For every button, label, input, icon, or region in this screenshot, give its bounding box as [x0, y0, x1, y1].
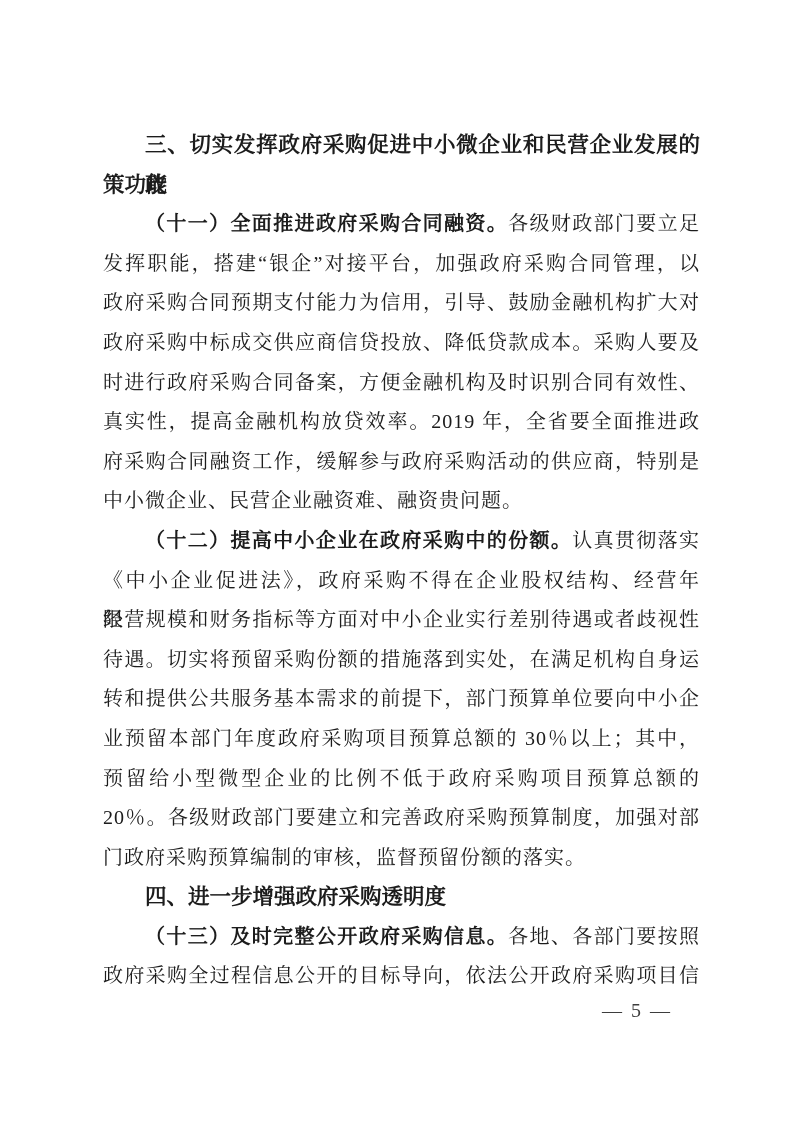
text-line: 20％。各级财政部门要建立和完善政府采购预算制度，加强对部 — [103, 799, 700, 839]
text-line: 经营规模和财务指标等方面对中小企业实行差别待遇或者歧视性 — [103, 601, 700, 641]
text-line: 预留给小型微型企业的比例不低于政府采购项目预算总额的 — [103, 760, 700, 800]
text-line: 转和提供公共服务基本需求的前提下，部门预算单位要向中小企 — [103, 680, 700, 720]
text-line: 发挥职能，搭建“银企”对接平台，加强政府采购合同管理，以 — [103, 245, 700, 285]
text-line: 业预留本部门年度政府采购项目预算总额的 30％以上；其中， — [103, 720, 700, 760]
paragraph-11-text: 各级财政部门要立足 — [508, 213, 700, 235]
page-number: — 5 — — [602, 1000, 672, 1023]
text-line: 《中小企业促进法》，政府采购不得在企业股权结构、经营年限、 — [103, 562, 700, 602]
paragraph-11-line1: （十一）全面推进政府采购合同融资。各级财政部门要立足 — [103, 205, 700, 245]
section-heading-3-line2: 策功能 — [103, 166, 700, 206]
paragraph-13-line1: （十三）及时完整公开政府采购信息。各地、各部门要按照 — [103, 918, 700, 958]
text-line: 真实性，提高金融机构放贷效率。2019 年，全省要全面推进政 — [103, 403, 700, 443]
document-page: 三、切实发挥政府采购促进中小微企业和民营企业发展的政 策功能 （十一）全面推进政… — [0, 0, 793, 1122]
text-line: 待遇。切实将预留采购份额的措施落到实处，在满足机构自身运 — [103, 641, 700, 681]
text-line: 时进行政府采购合同备案，方便金融机构及时识别合同有效性、 — [103, 364, 700, 404]
text-line: 府采购合同融资工作，缓解参与政府采购活动的供应商，特别是 — [103, 443, 700, 483]
paragraph-12-line1: （十二）提高中小企业在政府采购中的份额。认真贯彻落实 — [103, 522, 700, 562]
text-line: 中小微企业、民营企业融资难、融资贵问题。 — [103, 482, 700, 522]
paragraph-12-lead: （十二）提高中小企业在政府采购中的份额。 — [145, 530, 572, 552]
text-line: 门政府采购预算编制的审核，监督预留份额的落实。 — [103, 839, 700, 879]
paragraph-12-text: 认真贯彻落实 — [572, 530, 700, 552]
document-body: 三、切实发挥政府采购促进中小微企业和民营企业发展的政 策功能 （十一）全面推进政… — [103, 126, 700, 997]
text-line: 政府采购全过程信息公开的目标导向，依法公开政府采购项目信 — [103, 957, 700, 997]
text-line: 政府采购合同预期支付能力为信用，引导、鼓励金融机构扩大对 — [103, 284, 700, 324]
paragraph-11-lead: （十一）全面推进政府采购合同融资。 — [145, 213, 508, 235]
paragraph-13-text: 各地、各部门要按照 — [508, 926, 700, 948]
text-line: 政府采购中标成交供应商信贷投放、降低贷款成本。采购人要及 — [103, 324, 700, 364]
section-heading-4: 四、进一步增强政府采购透明度 — [103, 878, 700, 918]
paragraph-13-lead: （十三）及时完整公开政府采购信息。 — [145, 926, 508, 948]
section-heading-3-line1: 三、切实发挥政府采购促进中小微企业和民营企业发展的政 — [103, 126, 700, 166]
